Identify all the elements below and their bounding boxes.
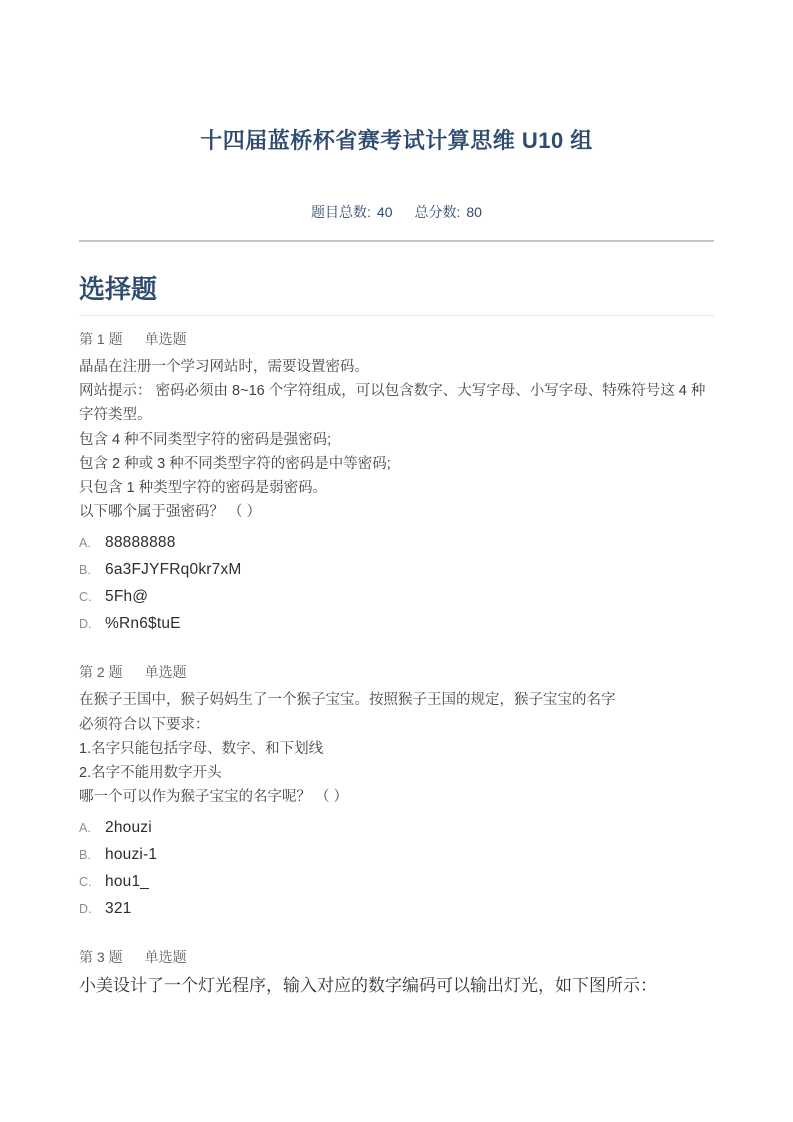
answer-option: C.hou1_ bbox=[79, 873, 714, 900]
section-heading: 选择题 bbox=[79, 274, 714, 304]
question-block: 第 2 题单选题在猴子王国中，猴子妈妈生了一个猴子宝宝。按照猴子王国的规定，猴子… bbox=[79, 664, 714, 927]
question-text-line: 只包含 1 种类型字符的密码是弱密码。 bbox=[79, 476, 714, 500]
question-text-line: 以下哪个属于强密码？ （ ） bbox=[79, 500, 714, 524]
question-text-line: 1.名字只能包括字母、数字、和下划线 bbox=[79, 737, 714, 761]
question-type-badge: 单选题 bbox=[145, 331, 187, 347]
question-body: 晶晶在注册一个学习网站时，需要设置密码。网站提示： 密码必须由 8~16 个字符… bbox=[79, 355, 714, 524]
total-questions-value: 40 bbox=[377, 204, 393, 220]
option-text: houzi-1 bbox=[105, 846, 157, 864]
exam-document-page: 十四届蓝桥杯省赛考试计算思维 U10 组 题目总数:40总分数:80 选择题 第… bbox=[0, 0, 793, 1122]
option-text: 5Fh@ bbox=[105, 588, 148, 606]
question-text-line: 小美设计了一个灯光程序，输入对应的数字编码可以输出灯光，如下图所示： bbox=[79, 973, 714, 999]
question-header: 第 1 题单选题 bbox=[79, 331, 714, 348]
answer-option: D.321 bbox=[79, 900, 714, 927]
option-list: A.2houziB.houzi-1C.hou1_D.321 bbox=[79, 819, 714, 927]
answer-option: B.6a3FJYFRq0kr7xM bbox=[79, 561, 714, 588]
option-letter: C. bbox=[79, 875, 105, 889]
question-text-line: 晶晶在注册一个学习网站时，需要设置密码。 bbox=[79, 355, 714, 379]
question-type-badge: 单选题 bbox=[145, 949, 187, 965]
option-letter: A. bbox=[79, 536, 105, 550]
option-text: 2houzi bbox=[105, 819, 152, 837]
question-body: 小美设计了一个灯光程序，输入对应的数字编码可以输出灯光，如下图所示： bbox=[79, 973, 714, 999]
question-number: 第 2 题 bbox=[79, 664, 123, 680]
option-letter: C. bbox=[79, 590, 105, 604]
question-block: 第 1 题单选题晶晶在注册一个学习网站时，需要设置密码。网站提示： 密码必须由 … bbox=[79, 331, 714, 642]
total-score-label: 总分数: bbox=[415, 204, 461, 220]
question-text-line: 包含 4 种不同类型字符的密码是强密码; bbox=[79, 428, 714, 452]
question-number: 第 1 题 bbox=[79, 331, 123, 347]
answer-option: A.88888888 bbox=[79, 534, 714, 561]
question-list: 第 1 题单选题晶晶在注册一个学习网站时，需要设置密码。网站提示： 密码必须由 … bbox=[79, 331, 714, 999]
question-body: 在猴子王国中，猴子妈妈生了一个猴子宝宝。按照猴子王国的规定，猴子宝宝的名字必须符… bbox=[79, 688, 714, 809]
question-block: 第 3 题单选题小美设计了一个灯光程序，输入对应的数字编码可以输出灯光，如下图所… bbox=[79, 949, 714, 999]
option-letter: D. bbox=[79, 902, 105, 916]
exam-title: 十四届蓝桥杯省赛考试计算思维 U10 组 bbox=[79, 126, 714, 156]
total-questions-label: 题目总数: bbox=[311, 204, 371, 220]
question-text-line: 网站提示： 密码必须由 8~16 个字符组成，可以包含数字、大写字母、小写字母、… bbox=[79, 379, 714, 427]
option-text: 321 bbox=[105, 900, 131, 918]
question-header: 第 2 题单选题 bbox=[79, 664, 714, 681]
option-letter: A. bbox=[79, 821, 105, 835]
option-letter: B. bbox=[79, 563, 105, 577]
option-text: 6a3FJYFRq0kr7xM bbox=[105, 561, 242, 579]
question-header: 第 3 题单选题 bbox=[79, 949, 714, 966]
header-divider bbox=[79, 240, 714, 242]
question-text-line: 2.名字不能用数字开头 bbox=[79, 761, 714, 785]
section-divider bbox=[79, 315, 714, 316]
option-text: hou1_ bbox=[105, 873, 149, 891]
question-text-line: 在猴子王国中，猴子妈妈生了一个猴子宝宝。按照猴子王国的规定，猴子宝宝的名字 bbox=[79, 688, 714, 712]
exam-stats: 题目总数:40总分数:80 bbox=[79, 203, 714, 222]
answer-option: C.5Fh@ bbox=[79, 588, 714, 615]
question-text-line: 必须符合以下要求： bbox=[79, 713, 714, 737]
option-text: 88888888 bbox=[105, 534, 176, 552]
question-number: 第 3 题 bbox=[79, 949, 123, 965]
option-letter: D. bbox=[79, 617, 105, 631]
option-letter: B. bbox=[79, 848, 105, 862]
question-type-badge: 单选题 bbox=[145, 664, 187, 680]
question-text-line: 包含 2 种或 3 种不同类型字符的密码是中等密码; bbox=[79, 452, 714, 476]
answer-option: D.%Rn6$tuE bbox=[79, 615, 714, 642]
option-list: A.88888888B.6a3FJYFRq0kr7xMC.5Fh@D.%Rn6$… bbox=[79, 534, 714, 642]
answer-option: A.2houzi bbox=[79, 819, 714, 846]
question-text-line: 哪一个可以作为猴子宝宝的名字呢？ （ ） bbox=[79, 785, 714, 809]
option-text: %Rn6$tuE bbox=[105, 615, 181, 633]
answer-option: B.houzi-1 bbox=[79, 846, 714, 873]
total-score-value: 80 bbox=[466, 204, 482, 220]
